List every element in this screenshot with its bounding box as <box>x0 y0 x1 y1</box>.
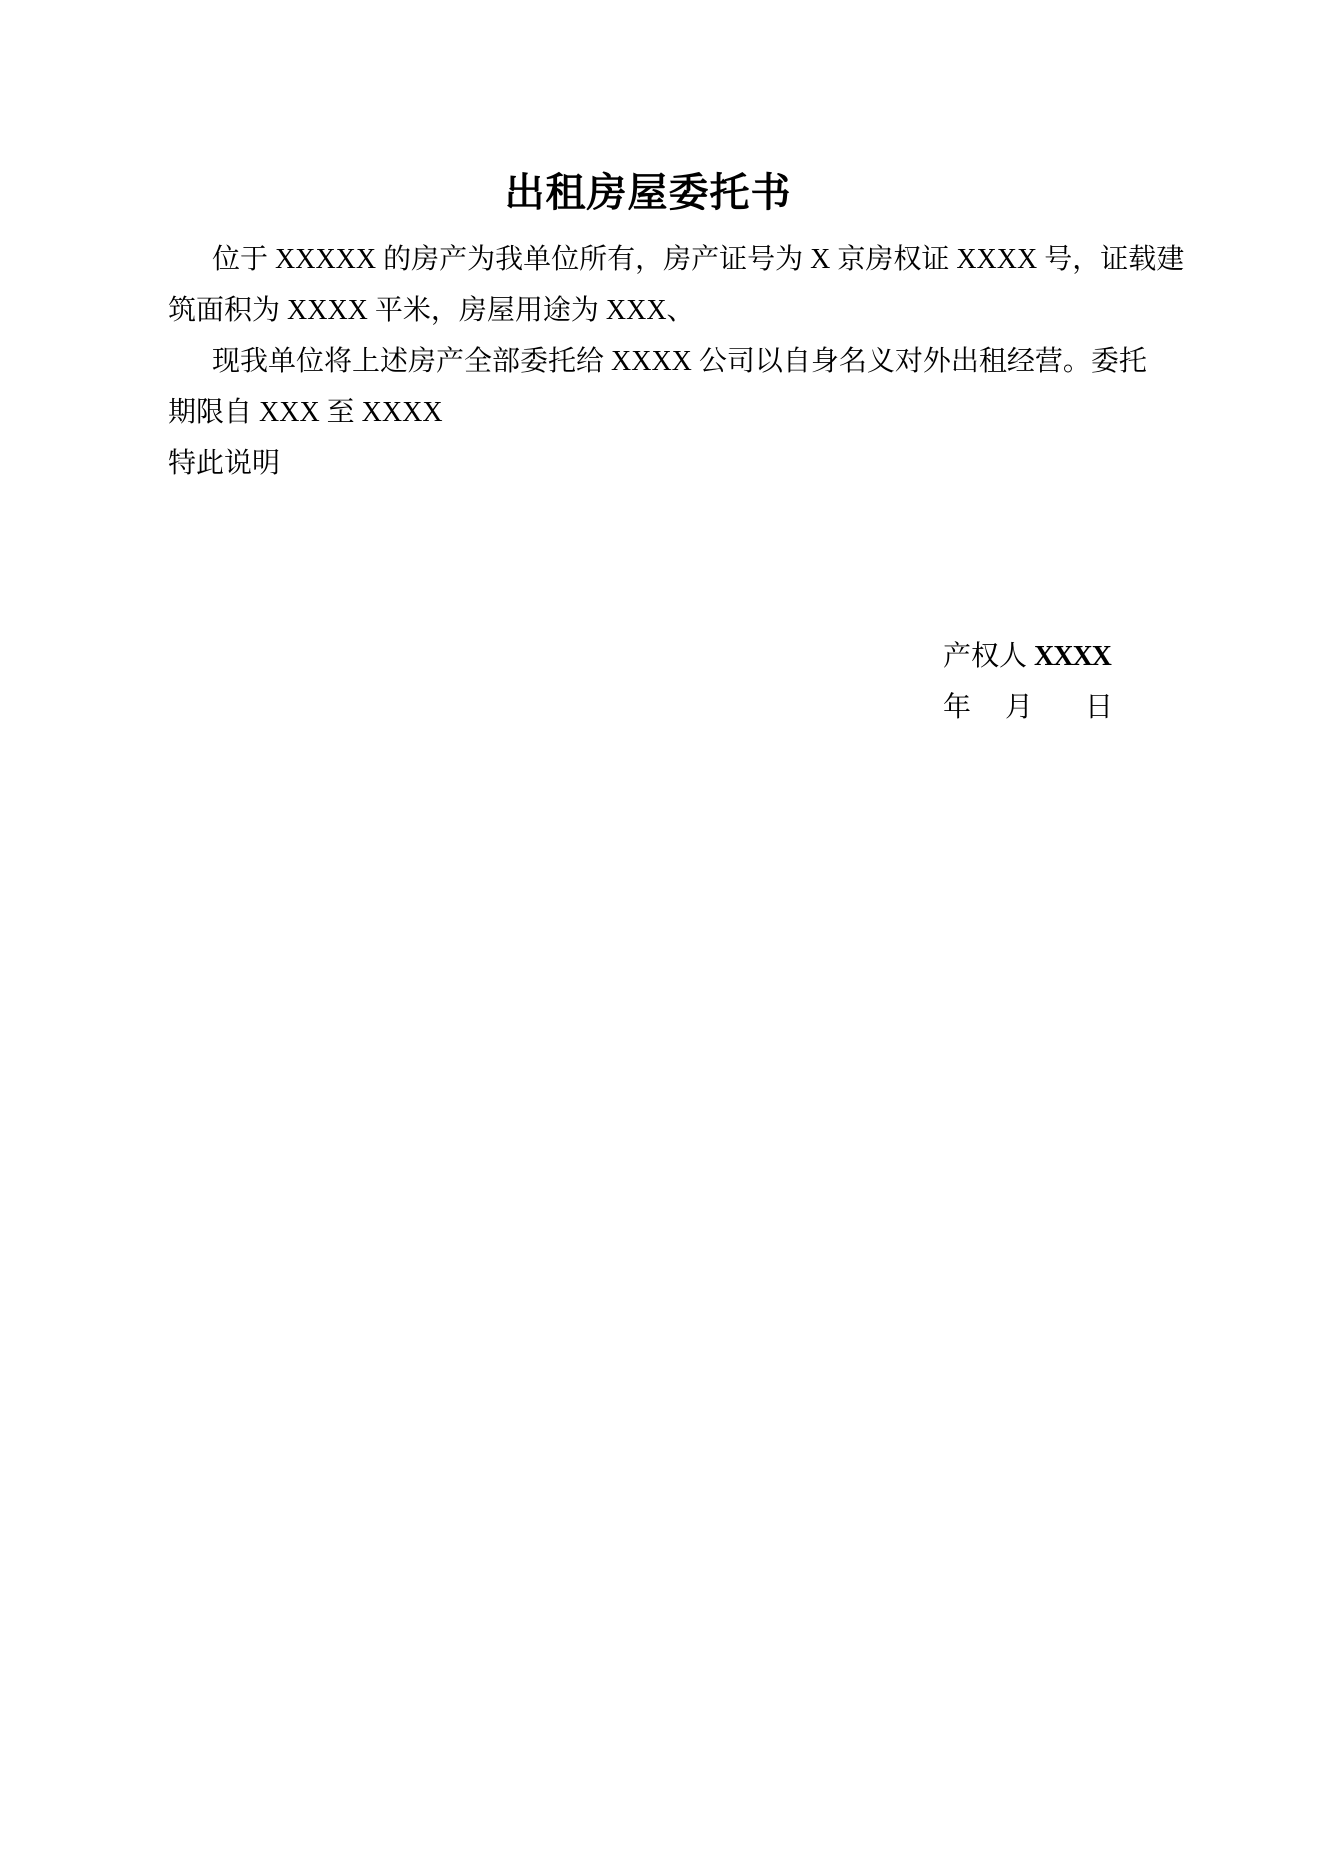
paragraph2-line1: 现我单位将上述房产全部委托给 XXXX 公司以自身名义对外出租经营。委托 <box>168 336 1128 387</box>
signature-owner-label: 产权人 <box>943 641 1027 672</box>
paragraph2-line2: 期限自 XXX 至 XXXX <box>168 387 1128 438</box>
signature-date-line: 年月日 <box>943 682 1128 733</box>
document-page: 出租房屋委托书 位于 XXXXX 的房产为我单位所有，房产证号为 X 京房权证 … <box>0 0 1323 1871</box>
date-month-label: 月 <box>1005 682 1033 733</box>
signature-owner-line: 产权人 XXXX <box>943 631 1128 682</box>
signature-block: 产权人 XXXX 年月日 <box>168 631 1128 733</box>
closing-statement: 特此说明 <box>168 438 1128 489</box>
signature-owner-value: XXXX <box>1034 641 1111 672</box>
document-body: 位于 XXXXX 的房产为我单位所有，房产证号为 X 京房权证 XXXX 号，证… <box>168 234 1128 489</box>
paragraph1-line2: 筑面积为 XXXX 平米，房屋用途为 XXX、 <box>168 285 1128 336</box>
date-year-label: 年 <box>943 682 971 733</box>
date-day-label: 日 <box>1085 682 1113 733</box>
document-content: 出租房屋委托书 位于 XXXXX 的房产为我单位所有，房产证号为 X 京房权证 … <box>168 0 1128 733</box>
paragraph1-line1: 位于 XXXXX 的房产为我单位所有，房产证号为 X 京房权证 XXXX 号，证… <box>168 234 1128 285</box>
document-title: 出租房屋委托书 <box>168 171 1128 215</box>
